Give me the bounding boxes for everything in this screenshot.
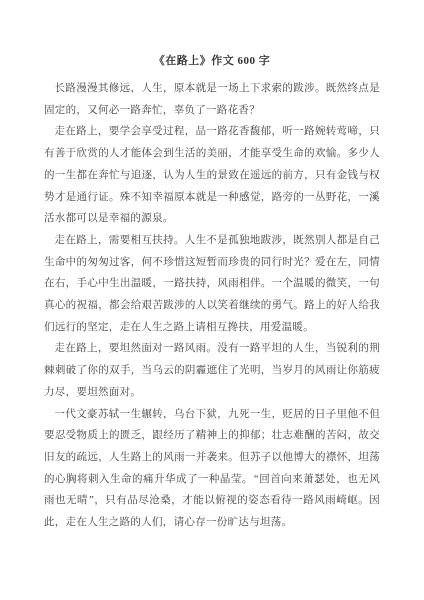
- essay-paragraph: 长路漫漫其修远，人生，原本就是一场上下求索的跋涉。既然终点是固定的，又何必一路奔…: [44, 78, 380, 121]
- essay-body: 长路漫漫其修远，人生，原本就是一场上下求索的跋涉。既然终点是固定的，又何必一路奔…: [44, 78, 380, 534]
- essay-page: 《在路上》作文 600 字 长路漫漫其修远，人生，原本就是一场上下求索的跋涉。既…: [0, 0, 424, 600]
- essay-paragraph: 走在路上，要坦然面对一路风雨。没有一路平坦的人生，当锐利的荆棘刺破了你的双手，当…: [44, 338, 380, 403]
- essay-paragraph: 一代文豪苏轼一生辗转，乌台下狱，九死一生，贬居的日子里他不但要忍受物质上的匮乏，…: [44, 404, 380, 534]
- essay-title: 《在路上》作文 600 字: [44, 52, 380, 68]
- essay-paragraph: 走在路上，要学会享受过程，品一路花香馥郁，听一路婉转莺啼，只有善于欣赏的人才能体…: [44, 121, 380, 230]
- essay-paragraph: 走在路上，需要相互扶持。人生不是孤独地跋涉，既然别人都是自己生命中的匆匆过客，何…: [44, 230, 380, 339]
